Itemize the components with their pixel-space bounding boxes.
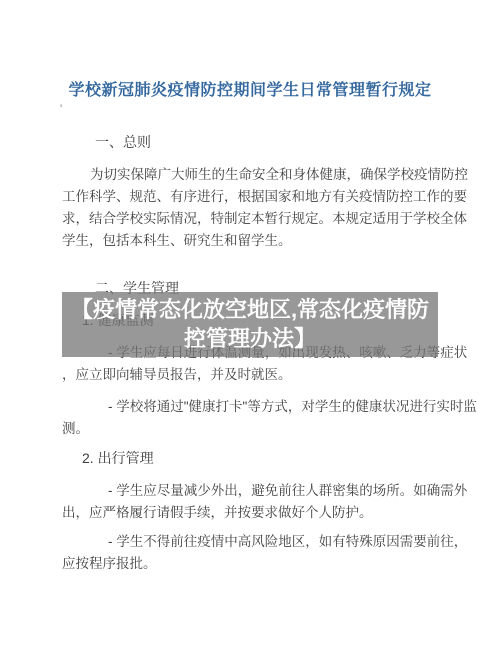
bullet-travel-management-1: - 学生应尽量减少外出，避免前往人群密集的场所。如确需外 出，应严格履行请假手续…: [62, 480, 482, 524]
caption-overlay-line: 【疫情常态化放空地区,常态化疫情防: [62, 295, 438, 324]
paragraph-general-provisions: 为切实保障广大师生的生命安全和身体健康，确保学校疫情防控 工作科学、规范、有序进…: [62, 164, 482, 252]
document-title: 学校新冠肺炎疫情防控期间学生日常管理暂行规定: [0, 80, 500, 102]
section-heading-general: 一、总则: [62, 131, 500, 153]
caption-overlay-line: 控管理办法】: [62, 324, 438, 353]
stray-mark: ': [60, 102, 62, 116]
caption-overlay-banner: 【疫情常态化放空地区,常态化疫情防 控管理办法】: [62, 292, 438, 357]
bullet-travel-management-2: - 学生不得前往疫情中高风险地区，如有特殊原因需要前往， 应按程序报批。: [62, 531, 482, 575]
bullet-health-monitoring-2: - 学校将通过"健康打卡"等方式，对学生的健康状况进行实时监 测。: [62, 396, 482, 440]
subsection-heading-travel-management: 2. 出行管理: [62, 447, 500, 469]
document-page: 学校新冠肺炎疫情防控期间学生日常管理暂行规定 ' 一、总则 为切实保障广大师生的…: [0, 0, 500, 647]
